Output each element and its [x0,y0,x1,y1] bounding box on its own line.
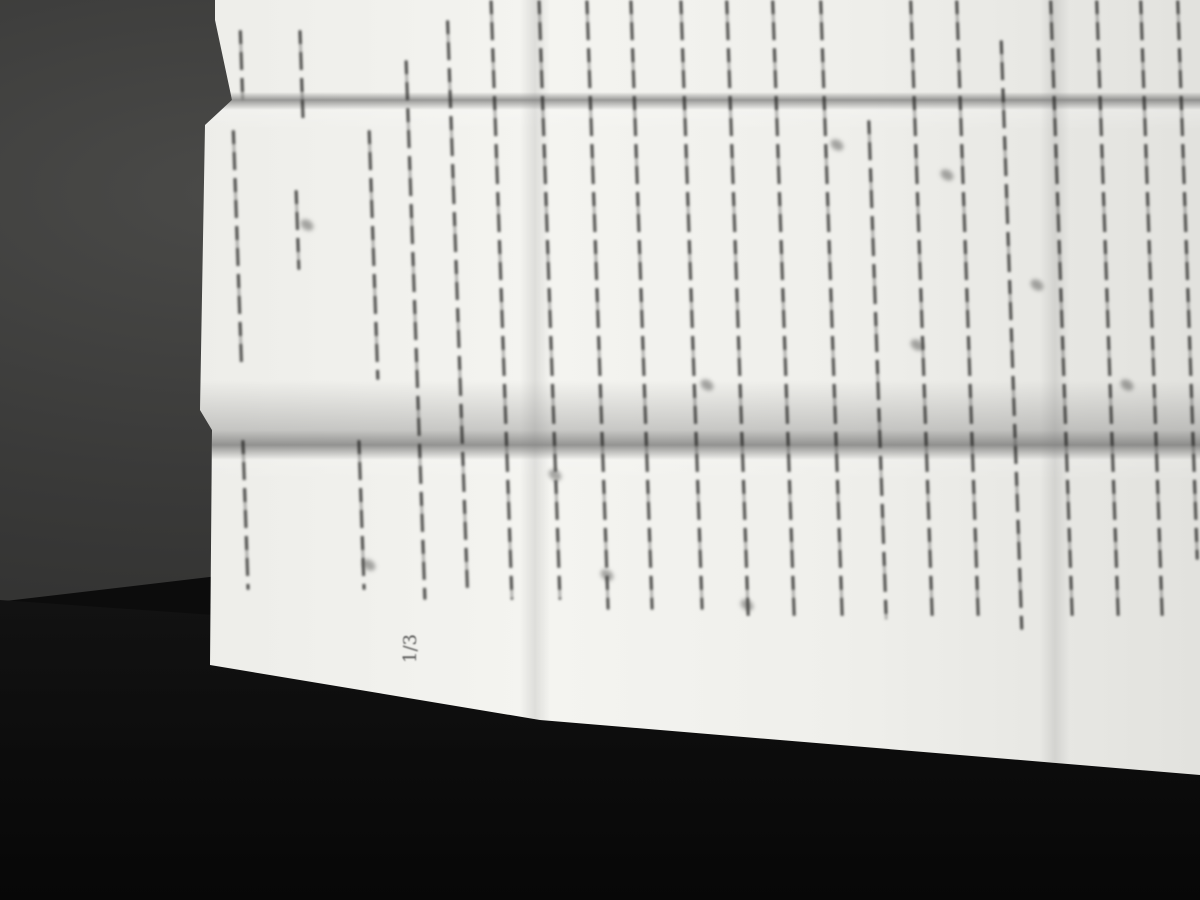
handwriting-stroke [629,0,653,610]
handwriting-stroke [241,440,249,590]
handwriting-stroke [368,130,380,380]
handwriting-stroke [771,0,796,620]
handwriting-stroke [295,190,301,270]
handwriting-stroke [819,0,844,620]
handwriting-stroke [679,0,703,610]
ink-loop [698,377,715,393]
ink-loop [598,567,615,583]
handwriting-stroke [232,130,243,370]
handwriting-stroke [490,0,514,600]
handwriting-stroke [725,0,750,620]
handwriting-stroke [405,60,427,600]
handwriting-stroke [955,0,980,620]
handwriting-stroke [1139,0,1164,620]
ink-loop [1118,377,1135,393]
handwriting-stroke [909,0,934,620]
handwriting-stroke [239,30,244,100]
ink-loop [298,217,315,233]
handwriting-stroke [298,30,304,120]
handwriting-stroke [1000,40,1024,630]
ink-loop [828,137,845,153]
handwriting-stroke [585,0,609,610]
handwriting-stroke [1176,0,1199,560]
page-number-mark: 1/3 [400,634,421,663]
ink-loop [738,597,755,613]
handwriting-stroke [867,120,887,620]
handwriting-stroke [1095,0,1120,620]
ink-loop [938,167,955,183]
paper-crease [520,0,550,780]
handwriting-stroke [446,20,469,590]
